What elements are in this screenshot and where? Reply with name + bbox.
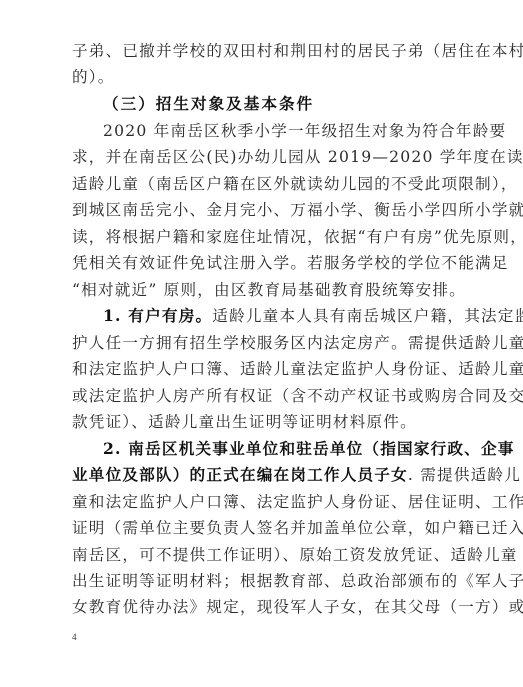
paragraph-line: 读，将根据户籍和家庭住址情况，依据“有户有房”优先原则，	[72, 224, 448, 250]
paragraph-line: 或法定监护人房产所有权证（含不动产权证书或购房合同及交	[72, 383, 448, 409]
paragraph-line: 款凭证）、适龄儿童出生证明等证明材料原件。	[72, 409, 448, 435]
page-number: 4	[72, 632, 77, 642]
section-heading: （三）招生对象及基本条件	[103, 91, 314, 117]
paragraph-line: “相对就近” 原则，由区教育局基础教育股统筹安排。	[72, 277, 448, 303]
item-1-title: 1. 有户有房。	[103, 306, 212, 325]
document-page: 子弟、已撤并学校的双田村和荆田村的居民子弟（居住在本村 的）。 （三）招生对象及…	[0, 0, 523, 687]
paragraph-line: 童和法定监护人户口簿、法定监护人身份证、居住证明、工作	[72, 489, 448, 515]
paragraph-line: 2020 年南岳区秋季小学一年级招生对象为符合年龄要	[103, 118, 448, 144]
paragraph-line: 子弟、已撤并学校的双田村和荆田村的居民子弟（居住在本村	[72, 38, 448, 64]
paragraph-line: 证明（需单位主要负责人签名并加盖单位公章，如户籍已迁入	[72, 515, 448, 541]
paragraph-line: 适龄儿童（南岳区户籍在区外就读幼儿园的不受此项限制），	[72, 171, 448, 197]
item-1-text: 适龄儿童本人具有南岳城区户籍，其法定监	[212, 307, 523, 325]
item-1-first-line: 1. 有户有房。适龄儿童本人具有南岳城区户籍，其法定监	[103, 303, 448, 329]
paragraph-line: 求，并在南岳区公(民)办幼儿园从 2019—2020 学年度在读的	[72, 144, 448, 170]
paragraph-line: 女教育优待办法》规定，现役军人子女，在其父母（一方）或	[72, 594, 448, 620]
paragraph-line: 出生证明等证明材料；根据教育部、总政治部颁布的《军人子	[72, 568, 448, 594]
paragraph-line: 的）。	[72, 64, 448, 90]
item-2-title-line-1: 2. 南岳区机关事业单位和驻岳单位（指国家行政、企事	[103, 436, 448, 462]
paragraph-line: 和法定监护人户口簿、适龄儿童法定监护人身份证、适龄儿童	[72, 356, 448, 382]
paragraph-line: 凭相关有效证件免试注册入学。若服务学校的学位不能满足	[72, 250, 448, 276]
paragraph-line: 护人任一方拥有招生学校服务区内法定房产。需提供适龄儿童	[72, 330, 448, 356]
item-2-title: 业单位及部队）的正式在编在岗工作人员子女	[72, 465, 408, 484]
item-2-title-line-2: 业单位及部队）的正式在编在岗工作人员子女. 需提供适龄儿	[72, 462, 448, 488]
paragraph-line: 到城区南岳完小、金月完小、万福小学、衡岳小学四所小学就	[72, 197, 448, 223]
item-2-text: 需提供适龄儿	[420, 466, 521, 484]
paragraph-line: 南岳区，可不提供工作证明）、原始工资发放凭证、适龄儿童	[72, 542, 448, 568]
